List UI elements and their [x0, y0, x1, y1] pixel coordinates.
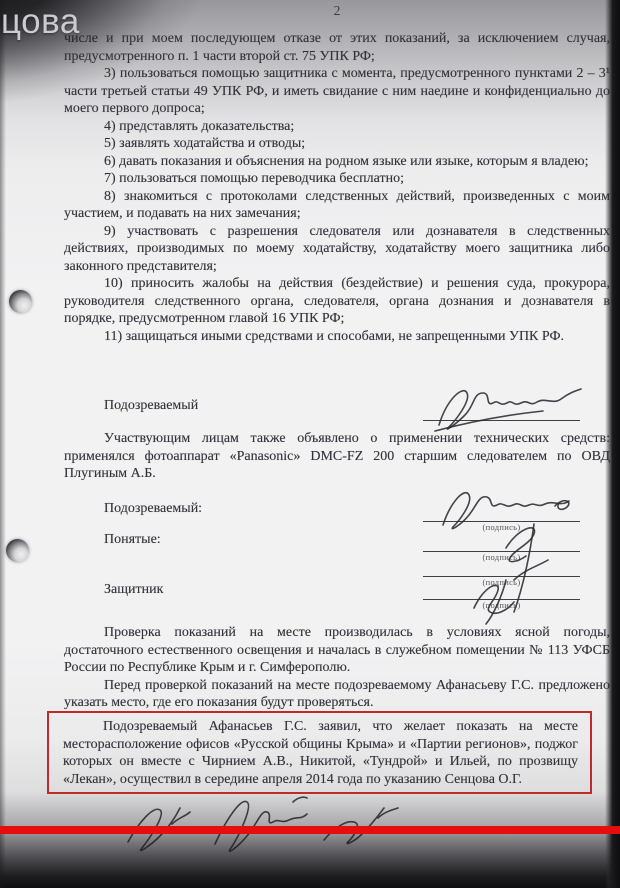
tech-note-paragraph: Участвующим лицам также объявлено о прим…	[64, 430, 610, 483]
rights-item: 4) представлять доказательства;	[64, 118, 610, 136]
signature-scribble	[433, 381, 585, 433]
rights-item: 11) защищаться иными средствами и способ…	[64, 328, 610, 346]
paragraph-continuation: числе и при моем последующем отказе от э…	[64, 30, 610, 65]
video-frame: 2 числе и при моем последующем отказе от…	[0, 0, 620, 888]
rights-item: 3) пользоваться помощью защитника с моме…	[64, 65, 610, 118]
signature-row-label: Подозреваемый:	[104, 500, 202, 517]
signature-row-label: Защитник	[104, 581, 163, 598]
verification-paragraph: Перед проверкой показаний на месте подоз…	[64, 677, 610, 712]
highlighted-statement-box: Подозреваемый Афанасьев Г.С. заявил, что…	[47, 711, 592, 794]
signature-row-label: Понятые:	[104, 531, 161, 548]
rights-item: 8) знакомиться с протоколами следственны…	[64, 188, 610, 223]
suspect-label: Подозреваемый	[104, 397, 198, 414]
tech-note-section: Участвующим лицам также объявлено о прим…	[64, 430, 610, 483]
hole-punch-top	[9, 290, 32, 313]
page-number: 2	[64, 3, 610, 19]
red-underline	[0, 826, 620, 834]
rights-item: 10) приносить жалобы на действия (бездей…	[64, 275, 610, 328]
verification-paragraph: Проверка показаний на месте производилас…	[64, 624, 610, 677]
hole-punch-bottom	[6, 539, 29, 562]
rights-item: 9) участвовать с разрешения следователя …	[64, 223, 610, 276]
rights-item: 7) пользоваться помощью переводчика бесп…	[64, 170, 610, 188]
signature-scribble	[462, 578, 534, 626]
rights-item: 6) давать показания и объяснения на родн…	[64, 153, 610, 171]
rights-section: числе и при моем последующем отказе от э…	[64, 30, 610, 345]
highlighted-statement: Подозреваемый Афанасьев Г.С. заявил, что…	[63, 718, 578, 788]
video-caption: цова	[1, 2, 80, 42]
rights-item: 5) заявлять ходатайства и отводы;	[64, 135, 610, 153]
verification-section: Проверка показаний на месте производилас…	[64, 624, 610, 712]
